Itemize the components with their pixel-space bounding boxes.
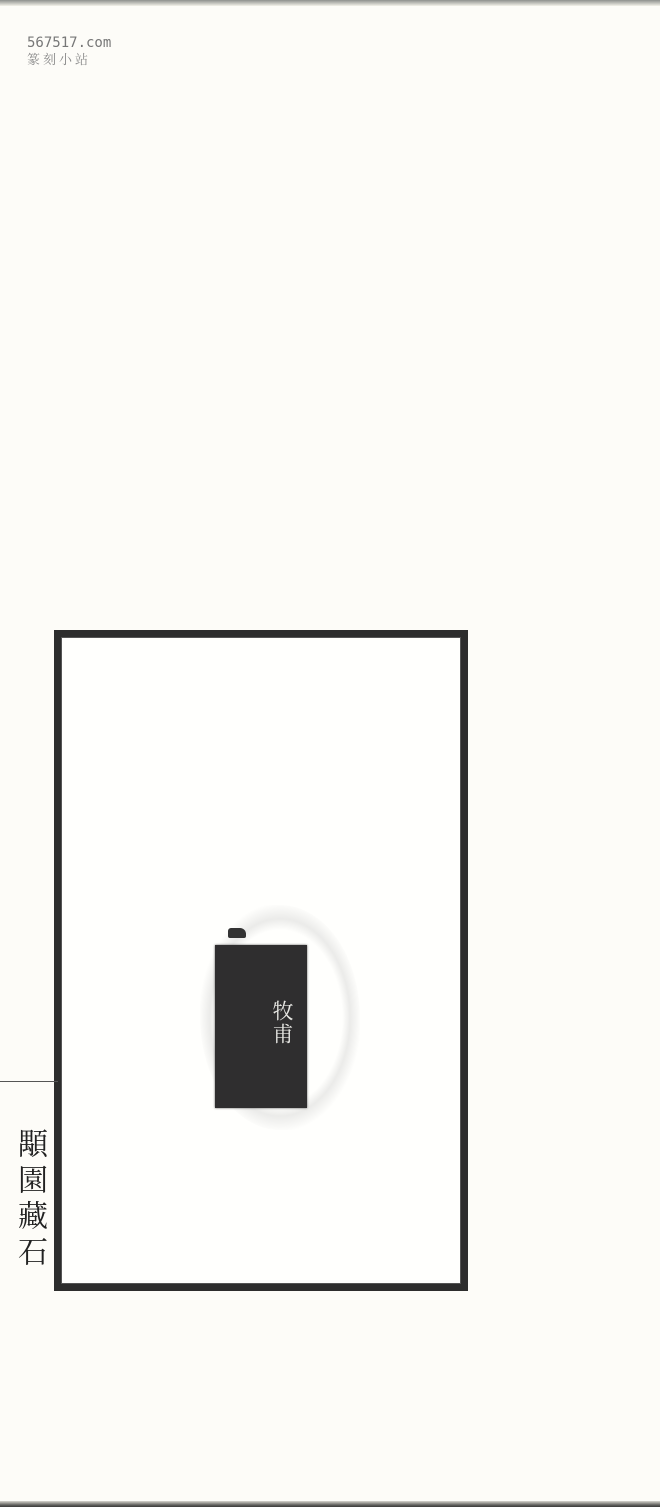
page-top-edge — [0, 0, 660, 6]
margin-rule — [0, 1081, 58, 1082]
seal-ink-mark — [228, 928, 246, 938]
watermark-site-name: 篆刻小站 — [27, 52, 111, 70]
watermark: 567517.com 篆刻小站 — [27, 34, 111, 70]
page-bottom-edge — [0, 1501, 660, 1507]
watermark-domain: 567517.com — [27, 34, 111, 52]
seal-text: 牧甫 — [268, 1000, 294, 1046]
book-side-title: 顒園藏石 — [12, 1128, 46, 1272]
